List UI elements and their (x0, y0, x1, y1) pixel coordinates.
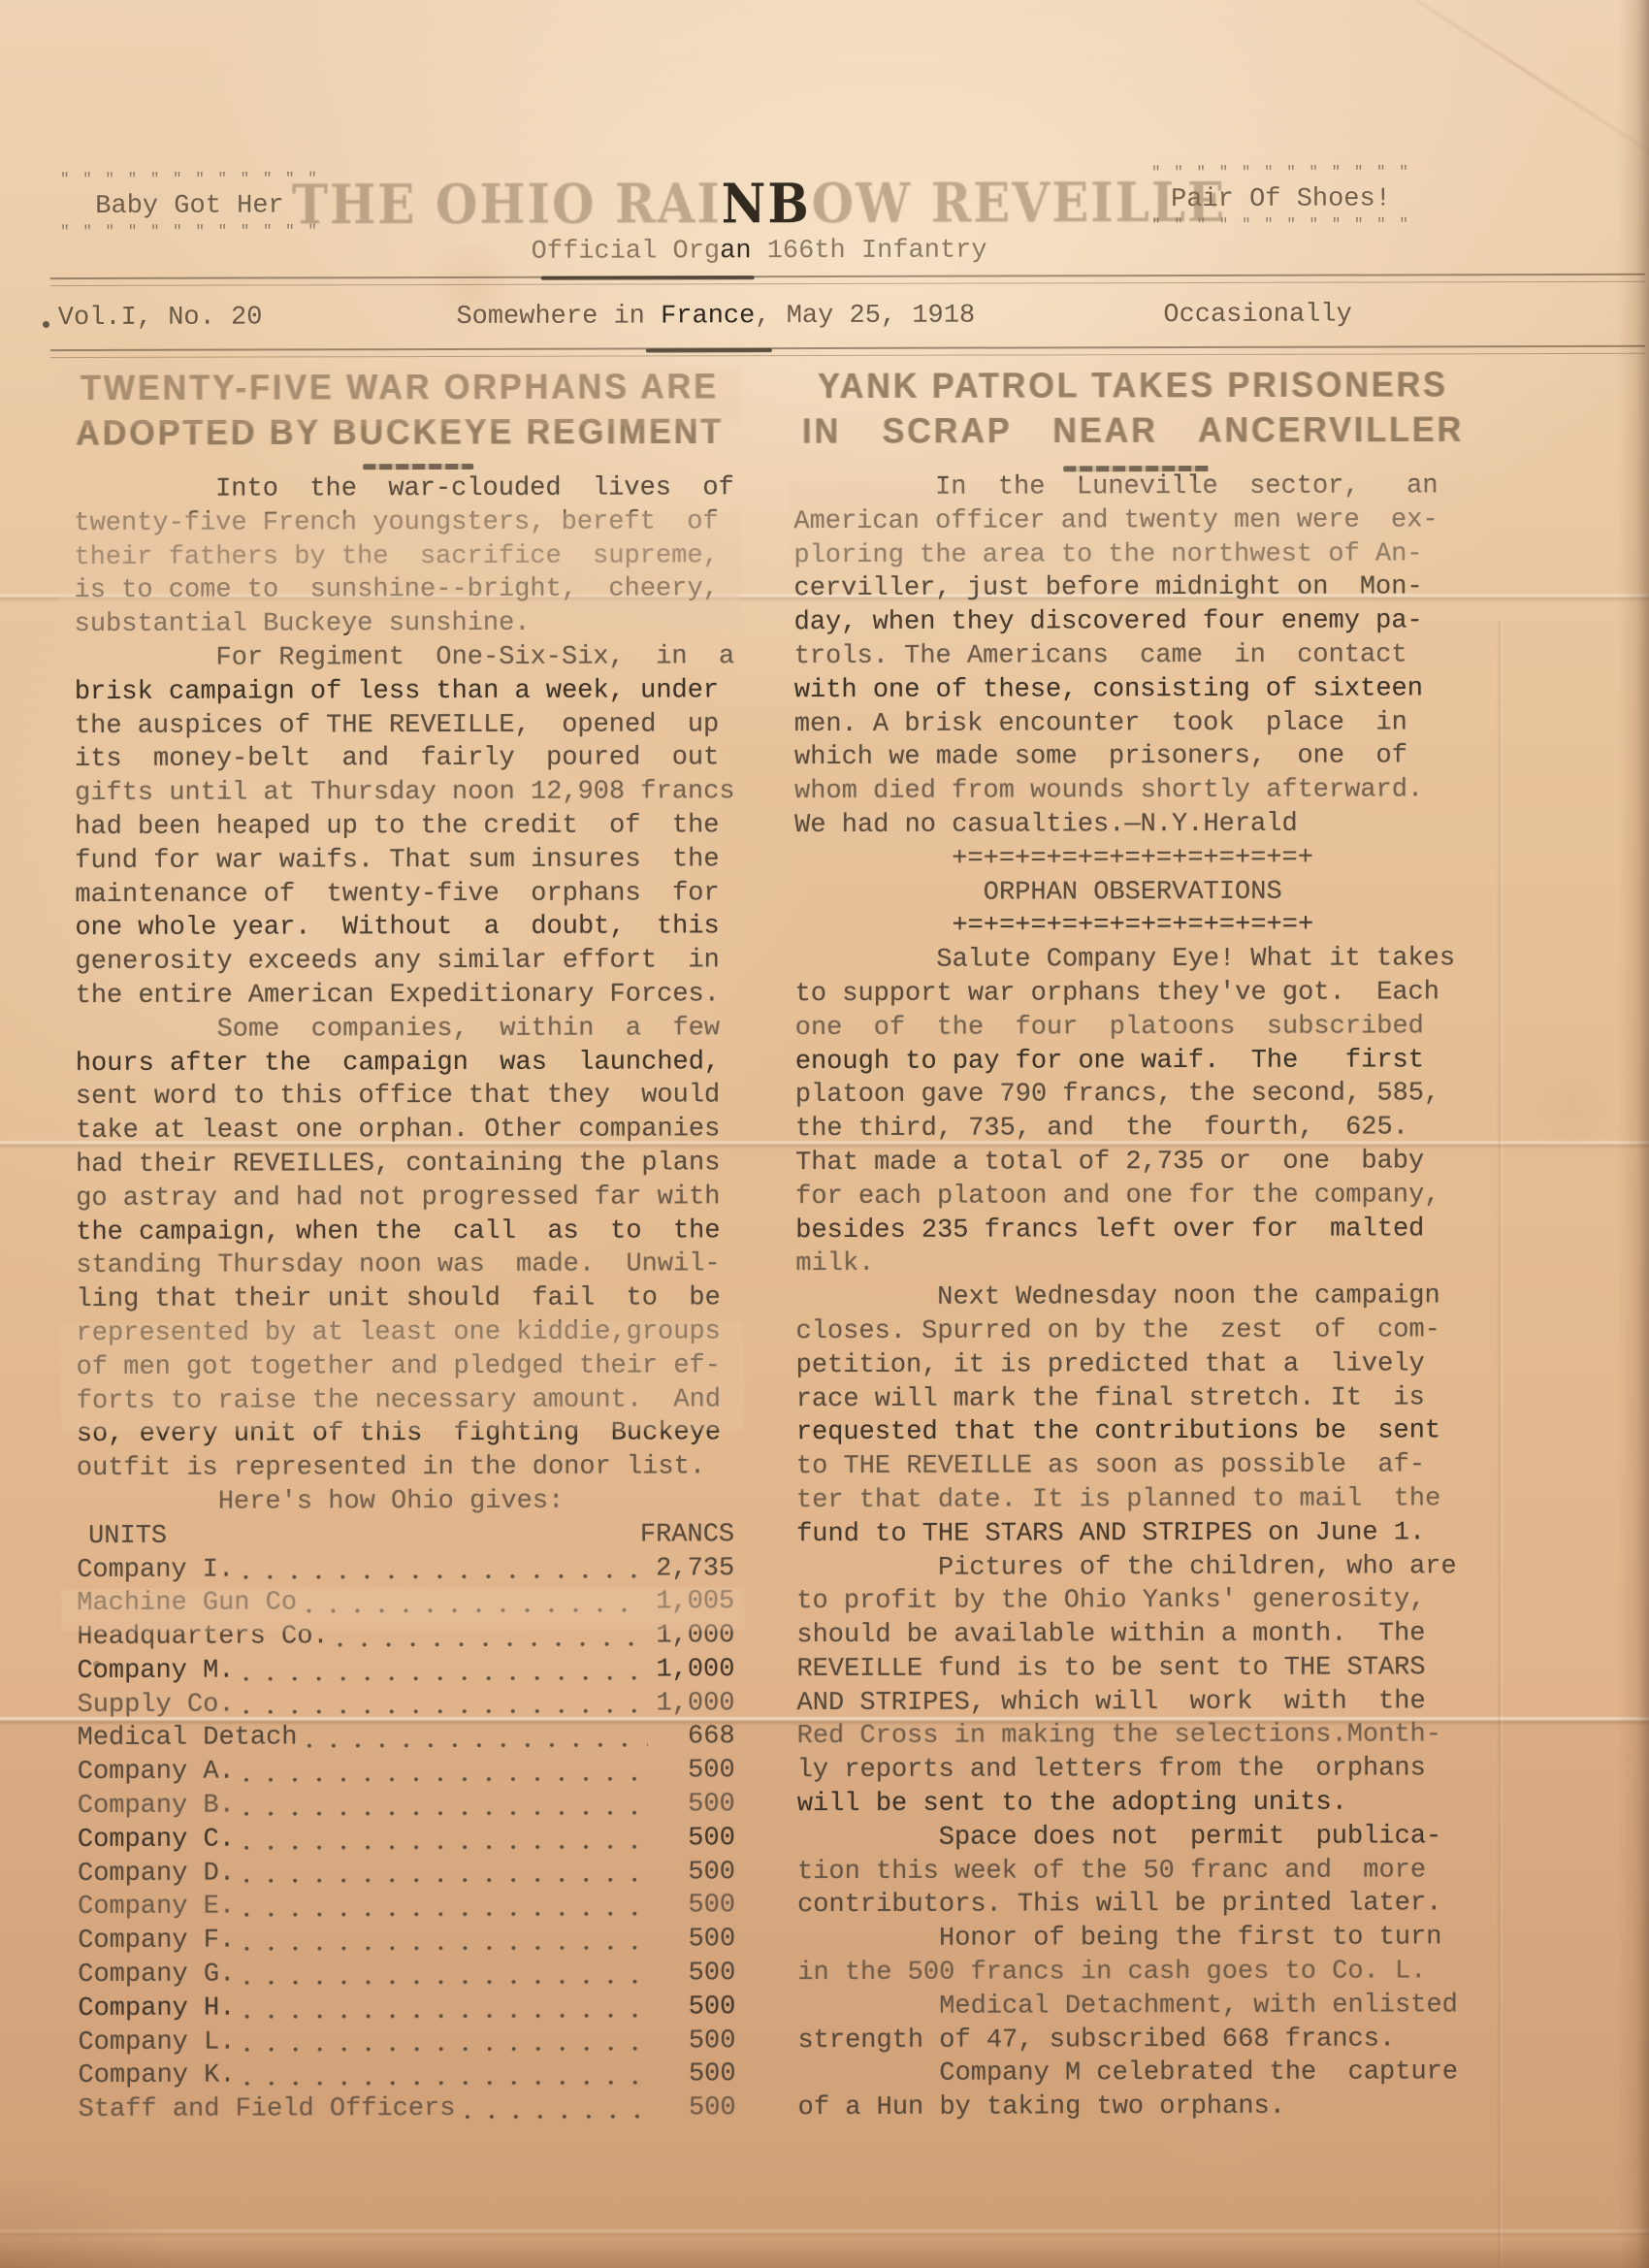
text-line: brisk campaign of less than a week, unde… (75, 674, 758, 710)
unit-label: Headquarters Co. (77, 1620, 328, 1654)
newspaper-page: " " " " " " " " " " " " Baby Got Her " "… (0, 0, 1649, 2268)
table-row: Company F.500 (78, 1924, 735, 1960)
table-row: Company A.500 (78, 1755, 735, 1791)
dateline-pre: Somewhere in (456, 302, 661, 332)
unit-label: Company C. (78, 1823, 235, 1857)
francs-value: 500 (658, 1991, 735, 2025)
dot-leader (465, 2092, 648, 2126)
dot-leader (244, 1687, 647, 1722)
newspaper-title: THE OHIO RAINBOW REVEILLE (220, 170, 1297, 237)
francs-value: 500 (658, 2058, 735, 2092)
francs-value: 500 (658, 2025, 735, 2058)
text-line: ling that their unit should fail to be (76, 1281, 759, 1317)
text-line: race will mark the final stretch. It is (796, 1381, 1489, 1417)
table-row: Company G.500 (78, 1957, 735, 1993)
text-line: with one of these, consisting of sixteen (794, 672, 1487, 708)
unit-label: Company B. (78, 1790, 235, 1824)
text-line: which we made some prisoners, one of (794, 740, 1487, 776)
headline-line: IN SCRAP NEAR ANCERVILLER (786, 407, 1480, 454)
headline-underline (363, 464, 473, 470)
unit-label: Company L. (78, 2025, 235, 2059)
unit-label: Company H. (78, 1992, 235, 2025)
dot-leader (244, 2025, 648, 2059)
donor-table-header: UNITS FRANCS (77, 1518, 734, 1554)
text-line: so, every unit of this fighting Buckeye (77, 1416, 760, 1452)
francs-value: 500 (658, 1822, 735, 1856)
text-line: ploring the area to the northwest of An- (793, 537, 1486, 573)
dot-leader (244, 1822, 648, 1857)
unit-label: Company K. (78, 2059, 235, 2093)
dateline-row: Vol.I, No. 20 Somewhere in France, May 2… (0, 300, 1647, 339)
text-line: the auspices of THE REVEILLE, opened up (75, 708, 758, 744)
text-line: take at least one orphan. Other companie… (76, 1113, 759, 1149)
dot-leader (244, 1924, 648, 1959)
text-line: tion this week of the 50 franc and more (797, 1854, 1490, 1890)
text-line: fund for war waifs. That sum insures the (75, 843, 758, 879)
text-line: Honor of being the first to turn (797, 1921, 1490, 1957)
text-line: the entire American Expeditionary Forces… (76, 978, 759, 1014)
text-line: enough to pay for one waif. The first (795, 1044, 1488, 1080)
text-line: Into the war-clouded lives of (74, 471, 757, 507)
left-article-column: Into the war-clouded lives oftwenty-five… (74, 471, 760, 2127)
unit-label: Machine Gun Co (77, 1587, 297, 1621)
text-line: to profit by the Ohio Yanks' generosity, (796, 1584, 1489, 1620)
table-row: Company H.500 (78, 1991, 735, 2026)
text-line: Some companies, within a few (76, 1012, 759, 1048)
text-line: milk. (795, 1247, 1488, 1282)
text-line: substantial Buckeye sunshine. (75, 606, 758, 642)
unit-label: Supply Co. (77, 1688, 234, 1722)
text-line: contributors. This will be printed later… (797, 1888, 1490, 1924)
left-article-text: Into the war-clouded lives oftwenty-five… (74, 471, 760, 1520)
table-row: Company K.500 (78, 2058, 735, 2094)
text-line: represented by at least one kiddie,group… (76, 1315, 759, 1351)
francs-value: 2,735 (656, 1552, 734, 1586)
dot-leader (243, 1552, 646, 1587)
text-line: whom died from wounds shortly afterward. (794, 773, 1487, 809)
text-line: For Regiment One-Six-Six, in a (75, 640, 758, 676)
table-row: Company I.2,735 (77, 1552, 734, 1588)
table-row: Company D.500 (78, 1856, 735, 1892)
text-line: outfit is represented in the donor list. (77, 1450, 760, 1486)
table-row: Company B.500 (78, 1788, 735, 1824)
rule-dark-segment (646, 348, 772, 352)
text-line: REVEILLE fund is to be sent to THE STARS (796, 1651, 1489, 1687)
text-line: one whole year. Without a doubt, this (75, 911, 758, 947)
francs-value: 500 (659, 2091, 736, 2125)
table-row: Supply Co.1,000 (77, 1687, 734, 1723)
francs-value: 1,005 (656, 1586, 734, 1620)
right-article-column: In the Luneville sector, anAmerican offi… (793, 470, 1490, 2125)
text-line: fund to THE STARS AND STRIPES on June 1. (796, 1516, 1489, 1552)
text-line: men. A brisk encounter took place in (794, 706, 1487, 742)
dot-leader (244, 1856, 648, 1891)
table-row: Staff and Field Officers500 (79, 2091, 736, 2127)
text-line: Company M celebrated the capture (797, 2057, 1490, 2092)
headline-line: ADOPTED BY BUCKEYE REGIMENT (56, 409, 743, 456)
dot-leader (244, 1789, 648, 1824)
table-row: Company L.500 (78, 2025, 735, 2060)
subtitle-overstruck: an (720, 237, 751, 266)
masthead-rule-bottom (50, 345, 1645, 358)
dot-leader (307, 1586, 646, 1621)
francs-value: 500 (658, 1890, 735, 1924)
francs-column-header: FRANCS (640, 1518, 734, 1552)
dateline-overstruck: France (661, 302, 755, 331)
text-line: the third, 735, and the fourth, 625. (795, 1111, 1488, 1147)
text-line: +=+=+=+=+=+=+=+=+=+=+=+ (794, 841, 1487, 877)
text-line: Next Wednesday noon the campaign (795, 1280, 1488, 1315)
title-faint-left: THE OHIO RAI (292, 172, 722, 237)
text-line: ly reports and letters from the orphans (797, 1752, 1490, 1788)
text-line: to support war orphans they've got. Each (795, 976, 1488, 1012)
text-line: the campaign, when the call as to the (76, 1215, 759, 1250)
dot-leader (244, 1755, 648, 1790)
text-line: is to come to sunshine--bright, cheery, (74, 573, 757, 609)
unit-label: Company G. (78, 1959, 235, 1993)
text-line: +=+=+=+=+=+=+=+=+=+=+=+ (794, 909, 1487, 945)
dot-leader (245, 2058, 649, 2093)
text-line: in the 500 francs in cash goes to Co. L. (797, 1955, 1490, 1991)
text-line: should be available within a month. The (796, 1617, 1489, 1653)
unit-label: Company D. (78, 1857, 235, 1891)
table-row: Company M.1,000 (77, 1653, 734, 1689)
text-line: requested that the contributions be sent (796, 1415, 1489, 1451)
unit-label: Company I. (77, 1553, 234, 1587)
dot-leader (244, 1890, 648, 1925)
text-line: standing Thursday noon was made. Unwil- (76, 1248, 759, 1284)
text-line: forts to raise the necessary amount. And (77, 1383, 760, 1419)
dateline-post: , May 25, 1918 (755, 302, 975, 332)
text-line: go astray and had not progressed far wit… (76, 1181, 759, 1216)
right-article-headline: YANK PATROL TAKES PRISONERS IN SCRAP NEA… (786, 363, 1480, 455)
text-line: ter that date. It is planned to mail the (796, 1482, 1489, 1518)
text-line: had their REVEILLES, containing the plan… (76, 1147, 759, 1183)
text-line: petition, it is predicted that a lively (796, 1347, 1489, 1383)
headline-line: TWENTY-FIVE WAR ORPHANS ARE (56, 365, 743, 411)
dateline-center: Somewhere in France, May 25, 1918 (328, 301, 1104, 332)
unit-label: Company E. (78, 1891, 235, 1925)
table-row: Headquarters Co.1,000 (77, 1619, 734, 1655)
text-line: trols. The Americans came in contact (794, 638, 1487, 674)
text-line: ORPHAN OBSERVATIONS (794, 875, 1487, 911)
table-row: Company E.500 (78, 1890, 735, 1926)
francs-value: 500 (658, 1788, 735, 1822)
text-line: Medical Detachment, with enlisted (797, 1989, 1490, 2025)
title-faint-right: OW REVEILLE (812, 170, 1227, 235)
donor-table-rows: Company I.2,735Machine Gun Co1,005Headqu… (77, 1552, 736, 2127)
text-line: In the Luneville sector, an (793, 470, 1486, 505)
units-column-header: UNITS (77, 1519, 167, 1553)
table-row: Company C.500 (78, 1822, 735, 1858)
text-line: besides 235 francs left over for malted (795, 1213, 1488, 1248)
text-line: Pictures of the children, who are (796, 1550, 1489, 1586)
text-line: closes. Spurred on by the zest of com- (795, 1313, 1488, 1349)
text-line: for each platoon and one for the company… (795, 1179, 1488, 1215)
text-line: had been heaped up to the credit of the (75, 809, 758, 845)
headline-line: YANK PATROL TAKES PRISONERS (786, 363, 1480, 409)
text-line: of men got together and pledged their ef… (77, 1349, 760, 1385)
text-line: twenty-five French youngsters, bereft of (74, 505, 757, 541)
left-article-headline: TWENTY-FIVE WAR ORPHANS ARE ADOPTED BY B… (56, 365, 743, 457)
text-line: Here's how Ohio gives: (77, 1484, 760, 1520)
text-line: platoon gave 790 francs, the second, 585… (795, 1078, 1488, 1114)
unit-label: Company F. (78, 1925, 235, 1959)
dot-leader (243, 1653, 646, 1688)
donor-table: UNITS FRANCS Company I.2,735Machine Gun … (77, 1518, 761, 2127)
text-line: Space does not permit publica- (797, 1820, 1490, 1856)
francs-value: 1,000 (656, 1687, 734, 1721)
text-line: generosity exceeds any similar effort in (75, 944, 758, 980)
unit-label: Company M. (77, 1654, 234, 1688)
volume-number: Vol.I, No. 20 (58, 304, 263, 334)
text-line: hours after the campaign was launched, (76, 1046, 759, 1082)
dot-leader (244, 1991, 648, 2025)
francs-value: 500 (658, 1755, 735, 1789)
right-article-text: In the Luneville sector, anAmerican offi… (793, 470, 1490, 2125)
text-line: cerviller, just before midnight on Mon- (793, 571, 1486, 607)
dot-leader (339, 1620, 647, 1655)
text-line: Salute Company Eye! What it takes (794, 942, 1487, 978)
francs-value: 500 (658, 1957, 735, 1991)
text-line: will be sent to the adopting units. (797, 1786, 1490, 1822)
text-line: its money-belt and fairly poured out (75, 742, 758, 778)
subtitle-faint-right: 166th Infantry (751, 237, 986, 267)
unit-label: Company A. (78, 1756, 235, 1790)
text-line: maintenance of twenty-five orphans for (75, 877, 758, 913)
text-line: Red Cross in making the selections.Month… (797, 1719, 1490, 1755)
text-line: American officer and twenty men were ex- (793, 503, 1486, 539)
francs-value: 1,000 (656, 1619, 734, 1653)
dot-leader (307, 1721, 647, 1756)
francs-value: 500 (658, 1856, 735, 1890)
masthead-rule-top (50, 274, 1645, 286)
dot-leader (244, 1958, 648, 1993)
newspaper-subtitle: Official Organ 166th Infantry (221, 236, 1298, 268)
text-line: gifts until at Thursday noon 12,908 fran… (75, 775, 758, 811)
unit-label: Staff and Field Officers (79, 2092, 456, 2127)
text-line: AND STRIPES, which will work with the (796, 1685, 1489, 1721)
text-line: of a Hun by taking two orphans. (798, 2090, 1491, 2125)
subtitle-faint-left: Official Org (532, 237, 721, 267)
text-line: We had no casualties.—N.Y.Herald (794, 807, 1487, 843)
table-row: Medical Detach668 (78, 1721, 735, 1757)
text-line: That made a total of 2,735 or one baby (795, 1145, 1488, 1181)
text-line: sent word to this office that they would (76, 1080, 759, 1116)
text-line: day, when they discovered four enemy pa- (794, 604, 1487, 640)
text-line: one of the four platoons subscribed (795, 1010, 1488, 1046)
francs-value: 1,000 (656, 1653, 734, 1687)
text-line: to THE REVEILLE as soon as possible af- (796, 1448, 1489, 1484)
francs-value: 500 (658, 1924, 735, 1958)
rule-dark-segment (541, 275, 755, 280)
table-row: Machine Gun Co1,005 (77, 1586, 734, 1622)
publication-frequency: Occasionally (1133, 301, 1352, 331)
text-line: their fathers by the sacrifice supreme, (74, 539, 757, 575)
title-overstruck-letters: NB (722, 171, 812, 235)
unit-label: Medical Detach (78, 1722, 298, 1756)
text-line: strength of 47, subscribed 668 francs. (797, 2023, 1490, 2058)
francs-value: 668 (658, 1721, 735, 1755)
